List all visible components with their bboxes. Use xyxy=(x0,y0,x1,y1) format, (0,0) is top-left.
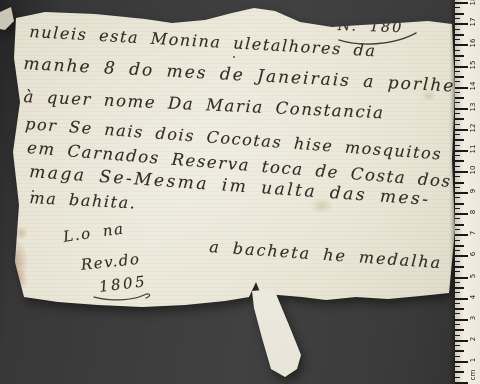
ruler-number: 8 xyxy=(469,206,477,218)
closing-line: a bacheta he medalha xyxy=(209,237,443,272)
ruler-tick xyxy=(455,97,464,99)
ruler-tick xyxy=(455,255,468,257)
ruler-tick xyxy=(455,319,468,321)
handwritten-line-7: ma bahita. xyxy=(29,188,137,213)
ruler-tick xyxy=(455,335,460,336)
ink-speck xyxy=(233,56,235,58)
ruler-tick xyxy=(455,366,460,367)
handwritten-line-6: maga Se-Mesma im ualta das mes- xyxy=(29,162,432,210)
ruler-tick xyxy=(455,60,460,61)
ruler-tick xyxy=(455,329,464,331)
ruler-number: 1 xyxy=(469,354,477,366)
scale-ruler: cm 123456789101112131415161718 xyxy=(455,0,480,384)
ruler-tick xyxy=(455,218,460,219)
ruler-tick xyxy=(455,124,460,125)
ruler-tick xyxy=(455,113,460,114)
ruler-tick xyxy=(455,92,460,93)
rust-stain xyxy=(14,226,28,240)
foxing-stain xyxy=(422,90,436,102)
ruler-tick xyxy=(455,224,464,226)
ruler-tick xyxy=(455,81,460,82)
ruler-tick xyxy=(455,145,460,146)
ruler-tick xyxy=(455,139,464,141)
ruler-number: 3 xyxy=(469,312,477,324)
document-number: N. 180 xyxy=(337,18,403,36)
ruler-tick xyxy=(455,203,464,205)
ruler-tick xyxy=(455,13,464,15)
ruler-tick xyxy=(455,129,468,131)
handwritten-line-4: por Se nais dois Cocotas hise mosquitos xyxy=(25,114,443,164)
ruler-tick xyxy=(455,287,464,289)
number-underline-flourish xyxy=(336,30,420,48)
ruler-tick xyxy=(455,340,468,342)
ruler-tick xyxy=(455,192,468,194)
ruler-number: 4 xyxy=(469,291,477,303)
ruler-tick xyxy=(455,234,468,236)
date-underline-flourish xyxy=(92,290,154,304)
ruler-tick xyxy=(455,50,460,51)
ruler-tick xyxy=(455,150,468,152)
rust-stain xyxy=(8,268,28,292)
ruler-tick xyxy=(455,7,460,8)
ink-speck xyxy=(32,190,34,192)
ruler-tick xyxy=(455,298,468,300)
ruler-number: 9 xyxy=(469,185,477,197)
ruler-tick xyxy=(455,155,460,156)
signature-line-1: L.o na xyxy=(62,219,126,245)
ruler-number: 17 xyxy=(469,16,477,28)
ruler-tick xyxy=(455,361,468,363)
ruler-tick xyxy=(455,266,464,268)
ruler-tick xyxy=(455,213,468,215)
ruler-tick xyxy=(455,277,468,279)
ruler-tick xyxy=(455,245,464,247)
ruler-tick xyxy=(455,345,460,346)
ruler-tick xyxy=(455,160,464,162)
ruler-tick xyxy=(455,197,460,198)
ruler-tick xyxy=(455,39,460,40)
ruler-tick xyxy=(455,292,460,293)
ruler-tick xyxy=(455,282,460,283)
ruler-tick xyxy=(455,303,460,304)
ruler-unit-label: cm xyxy=(469,369,477,381)
ruler-tick xyxy=(455,176,460,177)
ruler-tick xyxy=(455,87,468,89)
ruler-number: 10 xyxy=(469,164,477,176)
ruler-number: 15 xyxy=(469,59,477,71)
foxing-stain xyxy=(310,198,334,214)
ruler-tick xyxy=(455,44,468,46)
ruler-tick xyxy=(455,208,460,209)
ruler-number: 16 xyxy=(469,37,477,49)
ruler-tick xyxy=(455,377,460,378)
ruler-tick xyxy=(455,371,464,373)
ruler-tick xyxy=(455,102,460,103)
ruler-tick xyxy=(455,71,460,72)
ruler-tick xyxy=(455,66,468,68)
ruler-tick xyxy=(455,182,464,184)
ruler-number: 5 xyxy=(469,270,477,282)
ruler-tick xyxy=(455,23,468,25)
ruler-number: 6 xyxy=(469,248,477,260)
ruler-tick xyxy=(455,350,464,352)
ruler-number: 12 xyxy=(469,122,477,134)
ruler-tick xyxy=(455,118,464,120)
ruler-tick xyxy=(455,76,464,78)
ruler-tick xyxy=(455,261,460,262)
ruler-tick xyxy=(455,34,464,36)
signature-line-2: Rev.do xyxy=(80,250,141,274)
ruler-tick xyxy=(455,29,460,30)
ink-speck xyxy=(352,16,354,18)
ruler-tick xyxy=(455,171,468,173)
ruler-tick xyxy=(455,134,460,135)
ruler-tick xyxy=(455,356,460,357)
handwritten-line-1: nuleis esta Monina uletalhores da xyxy=(29,22,377,60)
document-paper: N. 180 nuleis esta Monina uletalhores da… xyxy=(0,0,480,384)
ruler-number: 2 xyxy=(469,333,477,345)
scene: { "scene": { "background_color": "#3a3a3… xyxy=(0,0,480,384)
ruler-tick xyxy=(455,324,460,325)
ruler-tick xyxy=(455,240,460,241)
ruler-number: 18 xyxy=(469,0,477,7)
handwritten-line-3: à quer nome Da Maria Constancia xyxy=(23,87,385,122)
ruler-tick xyxy=(455,308,464,310)
ruler-tick xyxy=(455,166,460,167)
ruler-tick xyxy=(455,18,460,19)
ruler-number: 14 xyxy=(469,80,477,92)
ruler-tick xyxy=(455,187,460,188)
ruler-tick xyxy=(455,55,464,57)
ruler-number: 13 xyxy=(469,101,477,113)
ruler-tick xyxy=(455,313,460,314)
ruler-number: 11 xyxy=(469,143,477,155)
ruler-tick xyxy=(455,250,460,251)
handwritten-line-2: manhe 8 do mes de Janeirais a porlhe xyxy=(23,54,456,97)
handwritten-line-5: em Carnados Reserva toca de Costa dos xyxy=(26,138,452,191)
date-1805: 1805 xyxy=(98,272,148,296)
ruler-tick xyxy=(455,271,460,272)
rust-stain xyxy=(2,238,28,286)
document-photo: N. 180 nuleis esta Monina uletalhores da… xyxy=(0,0,480,384)
ruler-tick xyxy=(455,108,468,110)
ruler-tick xyxy=(455,229,460,230)
ruler-tick xyxy=(455,2,468,4)
ruler-number: 7 xyxy=(469,227,477,239)
